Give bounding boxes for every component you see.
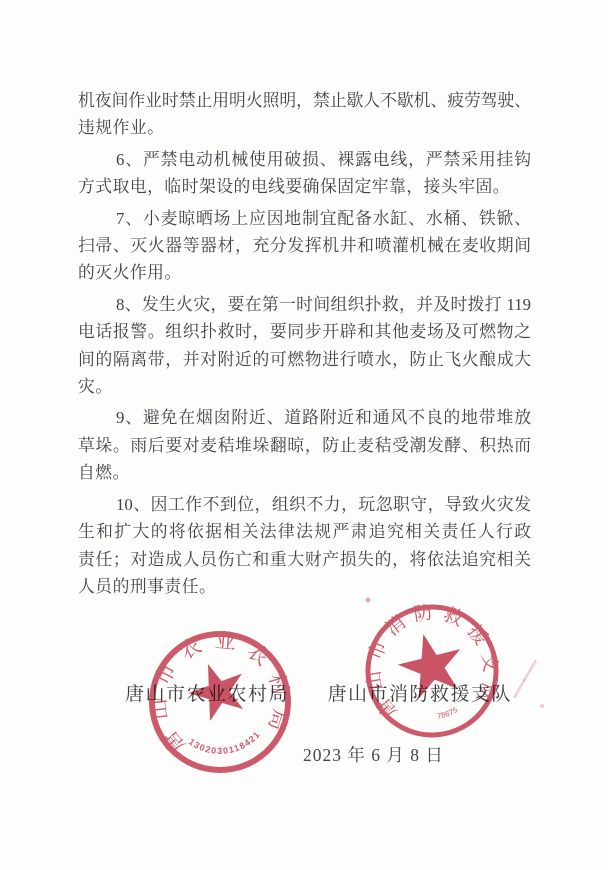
body-line: 自燃。 xyxy=(78,459,531,486)
body-line: 6、严禁电动机械使用破损、裸露电线，严禁采用挂钩 xyxy=(78,146,531,173)
svg-text:1302030118421: 1302030118421 xyxy=(186,725,264,763)
body-line: 10、因工作不到位，组织不力，玩忽职守，导致火灾发 xyxy=(78,491,531,518)
seal-code-text: 1302030118421 xyxy=(186,725,264,763)
ink-speck xyxy=(366,598,371,603)
body-line: 的灭火作用。 xyxy=(78,259,531,286)
body-line: 9、避免在烟囱附近、道路附近和通风不良的地带堆放 xyxy=(78,404,531,431)
agriculture-bureau-seal: 唐山市农业农村局 1302030118421 xyxy=(140,622,300,782)
body-line: 7、小麦晾晒场上应因地制宜配备水缸、水桶、铁锨、 xyxy=(78,205,531,232)
document-page: 机夜间作业时禁止用明火照明，禁止歇人不歇机、疲劳驾驶、 违规作业。 6、严禁电动… xyxy=(0,0,608,870)
body-line: 违规作业。 xyxy=(78,114,531,141)
body-line: 电话报警。组织扑救时，要同步开辟和其他麦场及可燃物之 xyxy=(78,318,531,345)
body-line: 方式取电，临时架设的电线要确保固定牢靠，接头牢固。 xyxy=(78,173,531,200)
body-line: 间的隔离带，并对附近的可燃物进行喷水，防止飞火酿成大 xyxy=(78,346,531,373)
body-line: 机夜间作业时禁止用明火照明，禁止歇人不歇机、疲劳驾驶、 xyxy=(78,87,531,114)
body-line: 责任；对造成人员伤亡和重大财产损失的，将依法追究相关 xyxy=(78,546,531,573)
document-body: 机夜间作业时禁止用明火照明，禁止歇人不歇机、疲劳驾驶、 违规作业。 6、严禁电动… xyxy=(78,87,531,600)
seal-code-text: 78675 xyxy=(436,705,461,721)
star-icon xyxy=(392,626,470,701)
svg-text:78675: 78675 xyxy=(436,705,461,721)
body-line: 8、发生火灾，要在第一时间组织扑救，并及时拨打 119 xyxy=(78,291,531,318)
fire-rescue-seal: 唐山市消防救援支队 78675 xyxy=(357,596,507,746)
body-line: 扫帚、灭火器等器材，充分发挥机井和喷灌机械在麦收期间 xyxy=(78,232,531,259)
body-line: 生和扩大的将依据相关法律法规严肃追究相关责任人行政 xyxy=(78,518,531,545)
star-icon xyxy=(181,654,253,725)
body-line: 灾。 xyxy=(78,373,531,400)
ink-smudge xyxy=(508,640,552,724)
body-line: 草垛。雨后要对麦秸堆垛翻晾，防止麦秸受潮发酵、积热而 xyxy=(78,432,531,459)
